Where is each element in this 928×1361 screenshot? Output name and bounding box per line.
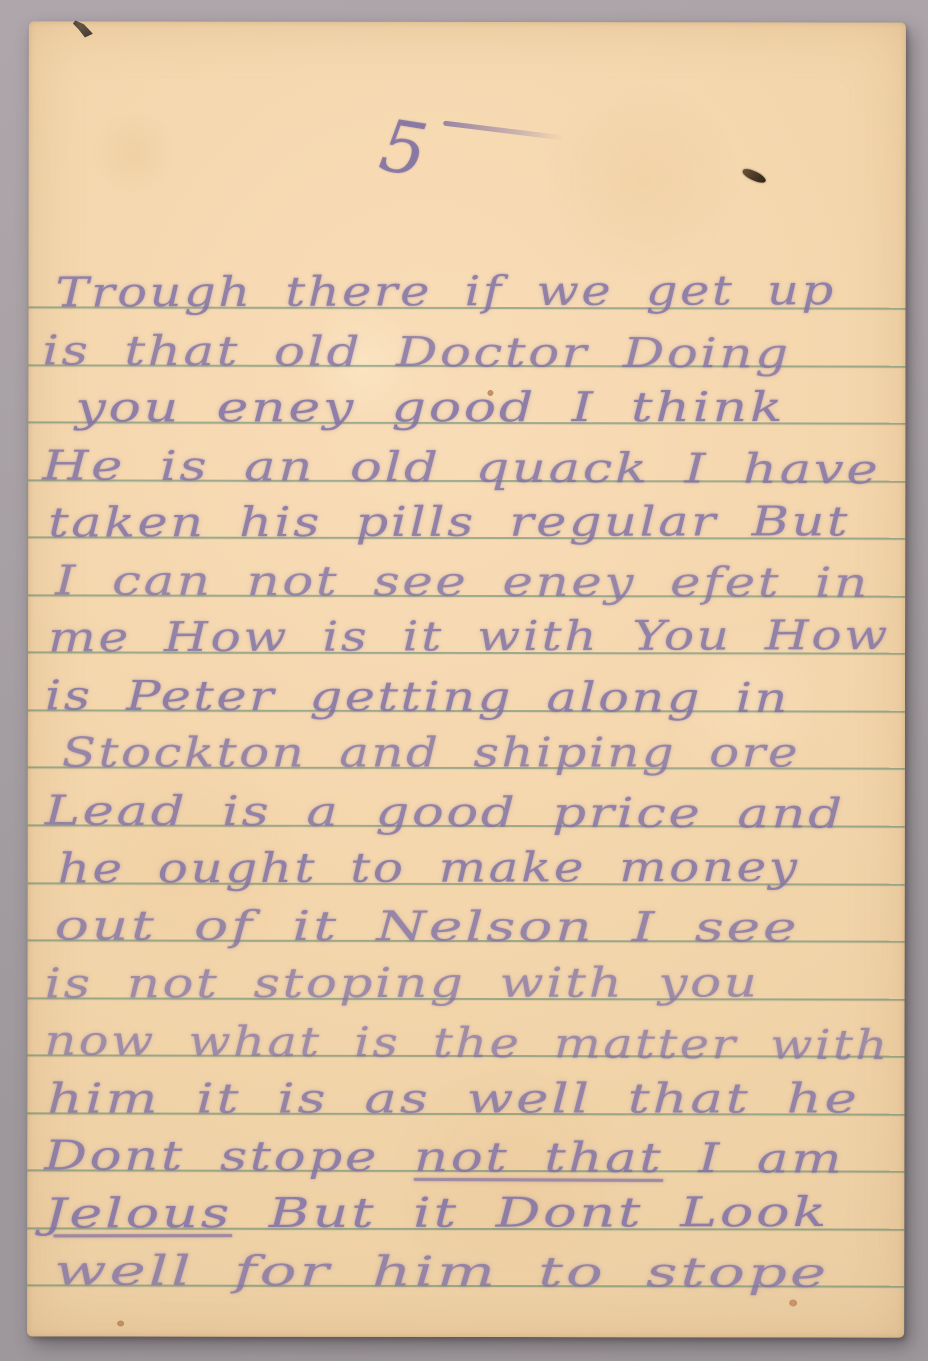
handwriting-line: Stockton and shiping ore (62, 733, 800, 774)
handwriting-line: Dont stope not that I am (44, 1136, 844, 1180)
handwriting-segment: Dont stope (44, 1132, 414, 1182)
handwriting-line: taken his pills regular But (48, 501, 850, 543)
handwriting-segment: him it is as well that he (47, 1074, 859, 1122)
handwriting-segment: now what is the matter with (44, 1017, 890, 1070)
handwriting-segment: Jelous (44, 1189, 232, 1237)
rust-spot (789, 1299, 797, 1306)
handwriting-line: is Peter getting along in (45, 675, 790, 719)
handwriting-segment: taken his pills regular But (48, 497, 850, 546)
handwriting-line: well for him to stope (54, 1251, 829, 1294)
handwriting-segment: well for him to stope (54, 1247, 829, 1297)
handwriting-segment: is that old Doctor Doing (42, 326, 790, 377)
handwriting-line: he ought to make money (58, 846, 800, 889)
letter-body: Trough there if we get upis that old Doc… (29, 21, 906, 22)
rust-spot (117, 1321, 124, 1327)
handwriting-segment: Lead is a good price and (45, 786, 845, 837)
handwriting-line: I can not see eney efet in (55, 560, 870, 603)
ruled-lines (29, 21, 906, 22)
pin-mark (73, 20, 93, 37)
handwriting-line: Jelous But it Dont Look (44, 1192, 829, 1234)
handwriting-segment: is not stoping with you (45, 958, 760, 1007)
handwriting-line: him it is as well that he (47, 1078, 859, 1119)
handwriting-line: me How is it with You How (48, 615, 890, 658)
background-mat: 5 Trough there if we get upis that old D… (0, 0, 928, 1361)
handwriting-segment: out of it Nelson I see (55, 901, 800, 951)
handwriting-segment: he ought to make money (58, 842, 800, 892)
handwriting-line: Trough there if we get up (55, 270, 835, 313)
letter-page: 5 Trough there if we get upis that old D… (27, 21, 906, 1337)
ink-fleck (741, 167, 767, 185)
handwriting-segment: He is an old quack I have (42, 441, 880, 493)
handwriting-line: is that old Doctor Doing (42, 330, 790, 374)
handwriting-segment: Trough there if we get up (55, 266, 835, 316)
handwriting-line: you eney good I think (75, 387, 785, 428)
page-number: 5 (375, 109, 432, 187)
page-number-flourish (443, 121, 565, 141)
handwriting-segment: not that (414, 1133, 664, 1182)
handwriting-line: Lead is a good price and (45, 790, 845, 834)
handwriting-segment: you eney good I think (75, 383, 785, 431)
handwriting-segment: I can not see eney efet in (55, 556, 870, 606)
handwriting-line: now what is the matter with (44, 1021, 890, 1067)
handwriting-line: He is an old quack I have (42, 445, 880, 490)
handwriting-segment: But it Dont Look (232, 1188, 829, 1237)
handwriting-segment: Stockton and shiping ore (62, 729, 800, 777)
handwriting-segment: is Peter getting along in (45, 671, 790, 722)
handwriting-segment: me How is it with You How (48, 611, 890, 661)
handwriting-line: out of it Nelson I see (55, 905, 800, 948)
handwriting-line: is not stoping with you (45, 962, 760, 1004)
handwriting-segment: I am (663, 1134, 844, 1183)
